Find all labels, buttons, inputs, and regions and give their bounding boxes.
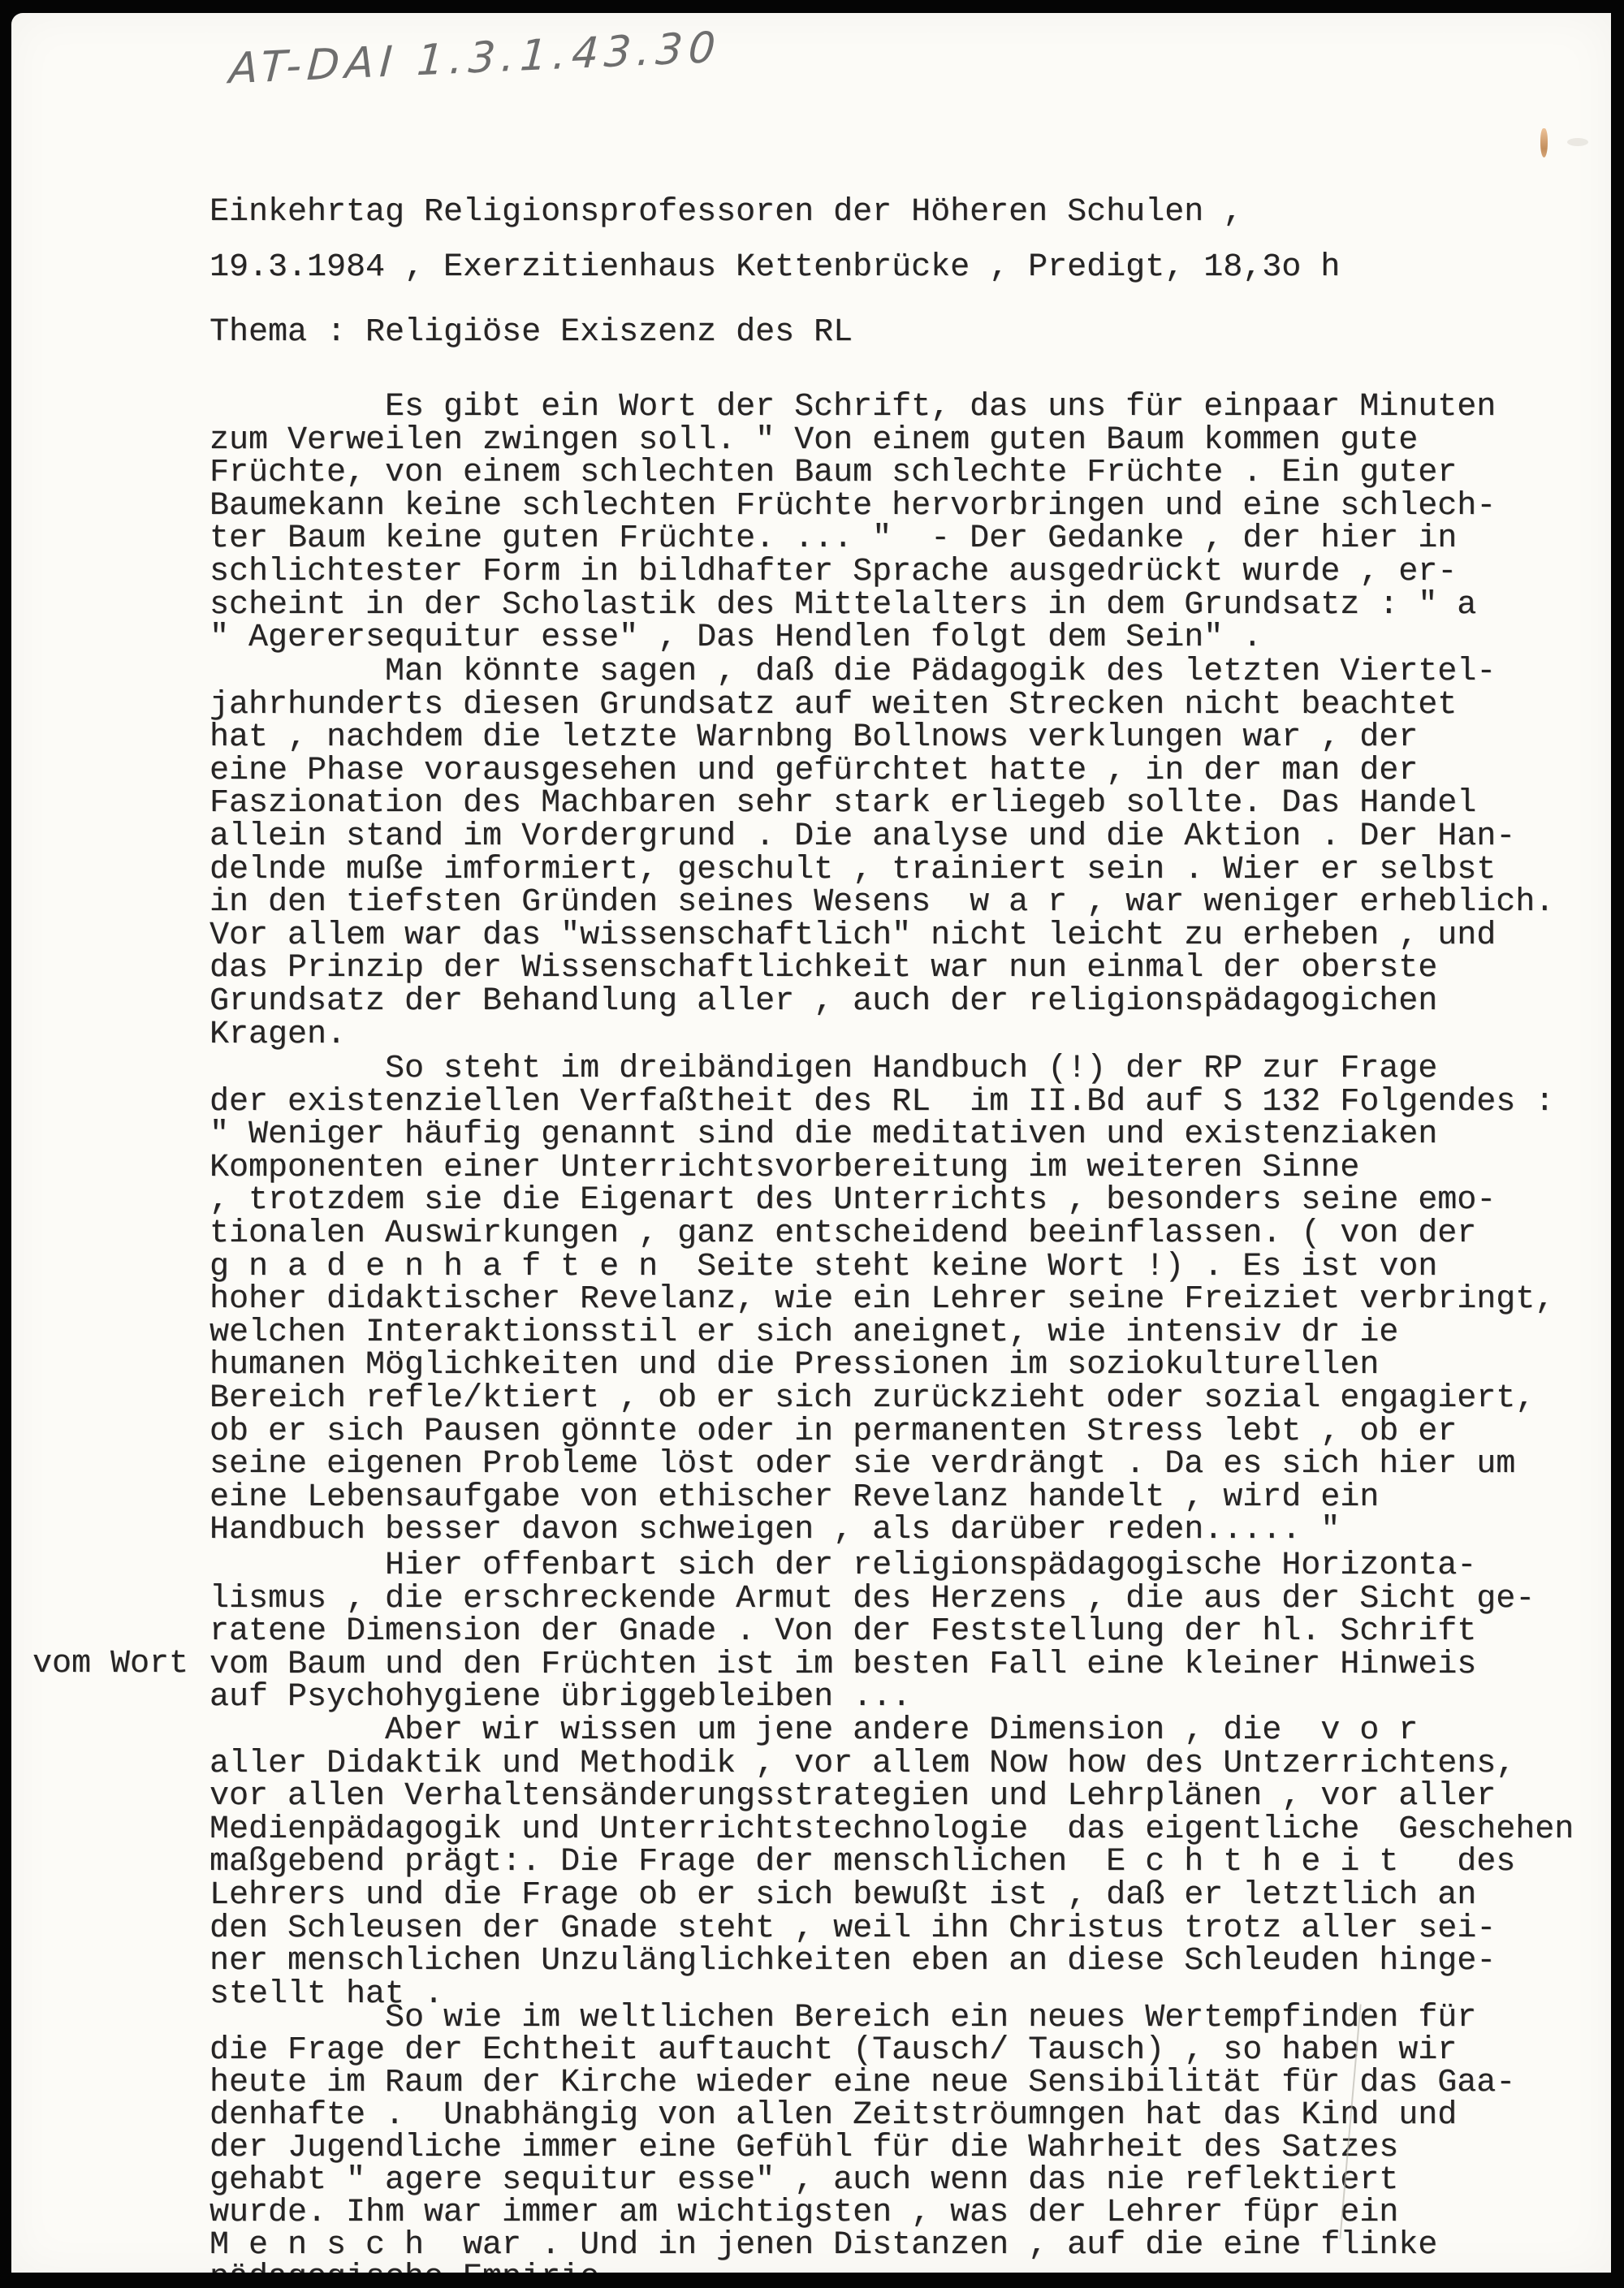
paragraph-3: So steht im dreibändigen Handbuch (!) de… bbox=[209, 1053, 1554, 1548]
scan-border-right bbox=[1611, 0, 1624, 2288]
paragraph-5: Aber wir wissen um jene andere Dimension… bbox=[209, 1715, 1574, 2011]
paragraph-1: Es gibt ein Wort der Schrift, das uns fü… bbox=[209, 391, 1496, 655]
rust-stain-mark bbox=[1540, 128, 1548, 158]
scan-border-bottom bbox=[0, 2273, 1624, 2288]
paragraph-2: Man könnte sagen , daß die Pädagogik des… bbox=[209, 656, 1554, 1051]
scanned-document: AT-DAI 1.3.1.43.30 Einkehrtag Religionsp… bbox=[0, 0, 1624, 2288]
scan-smudge bbox=[1567, 138, 1588, 146]
scan-border-left bbox=[0, 0, 11, 2288]
paragraph-4: Hier offenbart sich der religionspädagog… bbox=[209, 1550, 1535, 1715]
scan-border-top bbox=[0, 0, 1624, 13]
margin-insert-text: vom Wort bbox=[32, 1648, 188, 1681]
paragraph-6: So wie im weltlichen Bereich ein neues W… bbox=[209, 2002, 1515, 2288]
header-title-line: Einkehrtag Religionsprofessoren der Höhe… bbox=[209, 196, 1242, 230]
header-date-place-line: 19.3.1984 , Exerzitienhaus Kettenbrücke … bbox=[209, 252, 1340, 285]
header-thema-line: Thema : Religiöse Exiszenz des RL bbox=[209, 317, 853, 350]
